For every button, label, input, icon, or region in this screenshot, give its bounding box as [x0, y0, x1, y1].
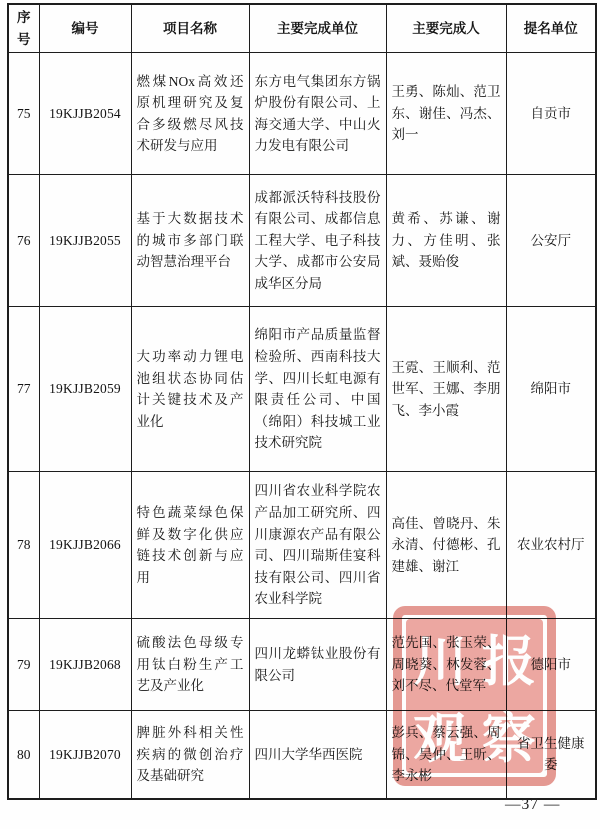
cell-seq: 80 — [8, 711, 39, 799]
table-row: 75 19KJJB2054 燃煤NOx高效还原机理研究及复合多级燃尽风技术研发与… — [8, 53, 596, 175]
cell-code: 19KJJB2068 — [39, 619, 131, 711]
page-number: —37 — — [505, 796, 560, 814]
header-people: 主要完成人 — [386, 4, 506, 53]
cell-units: 成都派沃特科技股份有限公司、成都信息工程大学、电子科技大学、成都市公安局成华区分… — [249, 175, 386, 307]
cell-seq: 79 — [8, 619, 39, 711]
cell-project: 大功率动力锂电池组状态协同估计关键技术及产业化 — [131, 307, 249, 472]
cell-units: 绵阳市产品质量监督检验所、西南科技大学、四川长虹电源有限责任公司、中国（绵阳）科… — [249, 307, 386, 472]
cell-code: 19KJJB2066 — [39, 472, 131, 619]
cell-units: 东方电气集团东方锅炉股份有限公司、上海交通大学、中山火力发电有限公司 — [249, 53, 386, 175]
cell-people: 彭兵、蔡云强、周锦、吴仲、王昕、李永彬 — [386, 711, 506, 799]
header-units: 主要完成单位 — [249, 4, 386, 53]
table-row: 79 19KJJB2068 硫酸法色母级专用钛白粉生产工艺及产业化 四川龙蟒钛业… — [8, 619, 596, 711]
cell-project: 燃煤NOx高效还原机理研究及复合多级燃尽风技术研发与应用 — [131, 53, 249, 175]
cell-nominator: 德阳市 — [506, 619, 596, 711]
cell-units: 四川省农业科学院农产品加工研究所、四川康源农产品有限公司、四川瑞斯佳宴科技有限公… — [249, 472, 386, 619]
cell-project: 基于大数据技术的城市多部门联动智慧治理平台 — [131, 175, 249, 307]
cell-units: 四川龙蟒钛业股份有限公司 — [249, 619, 386, 711]
table-header-row: 序号 编号 项目名称 主要完成单位 主要完成人 提名单位 — [8, 4, 596, 53]
cell-people: 王勇、陈灿、范卫东、谢佳、冯杰、刘一 — [386, 53, 506, 175]
cell-people: 王霓、王顺利、范世军、王娜、李朋飞、李小霞 — [386, 307, 506, 472]
cell-nominator: 绵阳市 — [506, 307, 596, 472]
cell-seq: 77 — [8, 307, 39, 472]
cell-nominator: 农业农村厅 — [506, 472, 596, 619]
cell-people: 范先国、张玉荣、周晓葵、林发蓉、刘不尽、代堂军 — [386, 619, 506, 711]
cell-units: 四川大学华西医院 — [249, 711, 386, 799]
header-seq: 序号 — [8, 4, 39, 53]
table-row: 80 19KJJB2070 脾脏外科相关性疾病的微创治疗及基础研究 四川大学华西… — [8, 711, 596, 799]
cell-nominator: 省卫生健康委 — [506, 711, 596, 799]
cell-people: 高佳、曾晓丹、朱永清、付德彬、孔建雄、谢江 — [386, 472, 506, 619]
cell-code: 19KJJB2070 — [39, 711, 131, 799]
header-nominator: 提名单位 — [506, 4, 596, 53]
cell-code: 19KJJB2055 — [39, 175, 131, 307]
cell-people: 黄希、苏谦、谢力、方佳明、张斌、聂贻俊 — [386, 175, 506, 307]
header-project: 项目名称 — [131, 4, 249, 53]
cell-project: 脾脏外科相关性疾病的微创治疗及基础研究 — [131, 711, 249, 799]
cell-seq: 78 — [8, 472, 39, 619]
table-row: 77 19KJJB2059 大功率动力锂电池组状态协同估计关键技术及产业化 绵阳… — [8, 307, 596, 472]
cell-project: 特色蔬菜绿色保鲜及数字化供应链技术创新与应用 — [131, 472, 249, 619]
cell-nominator: 公安厅 — [506, 175, 596, 307]
header-code: 编号 — [39, 4, 131, 53]
document-page: 序号 编号 项目名称 主要完成单位 主要完成人 提名单位 75 19KJJB20… — [0, 0, 600, 829]
table-row: 78 19KJJB2066 特色蔬菜绿色保鲜及数字化供应链技术创新与应用 四川省… — [8, 472, 596, 619]
table-row: 76 19KJJB2055 基于大数据技术的城市多部门联动智慧治理平台 成都派沃… — [8, 175, 596, 307]
cell-code: 19KJJB2054 — [39, 53, 131, 175]
cell-nominator: 自贡市 — [506, 53, 596, 175]
cell-seq: 76 — [8, 175, 39, 307]
award-projects-table: 序号 编号 项目名称 主要完成单位 主要完成人 提名单位 75 19KJJB20… — [7, 3, 597, 800]
cell-code: 19KJJB2059 — [39, 307, 131, 472]
cell-project: 硫酸法色母级专用钛白粉生产工艺及产业化 — [131, 619, 249, 711]
cell-seq: 75 — [8, 53, 39, 175]
